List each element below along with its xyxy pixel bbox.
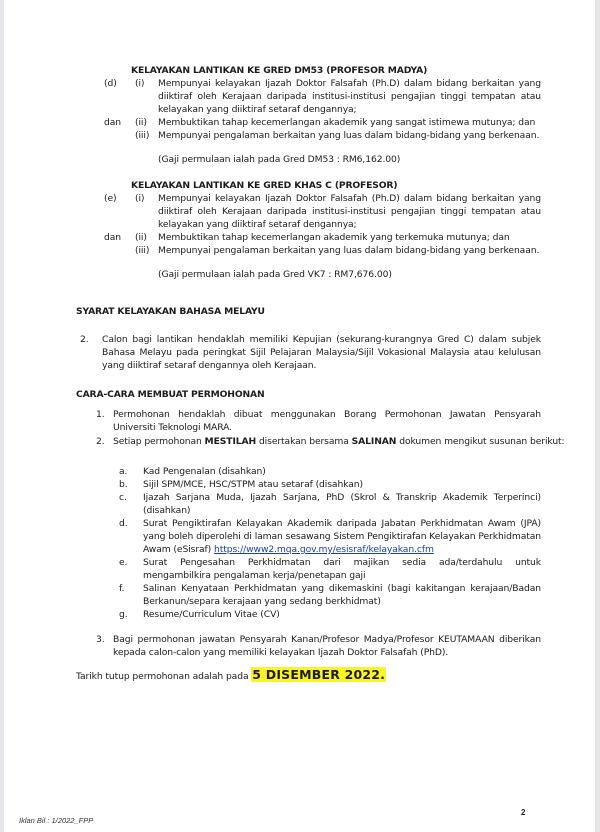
dm53-item-i: Mempunyai kelayakan Ijazah Doktor Falsaf…	[158, 77, 541, 116]
item-num: (i)	[135, 192, 144, 205]
heading-bahasa-melayu: SYARAT KELAYAKAN BAHASA MELAYU	[76, 306, 265, 317]
khas-c-item-iii: Mempunyai pengalaman berkaitan yang luas…	[158, 244, 539, 257]
connector-dan: dan	[104, 231, 121, 244]
heading-khas-c: KELAYAKAN LANTIKAN KE GRED KHAS C (PROFE…	[131, 180, 397, 191]
emphasis-salinan: SALINAN	[352, 436, 397, 447]
item-num: (i)	[135, 77, 144, 90]
emphasis-mestilah: MESTILAH	[205, 436, 257, 447]
cara-item-3-text: Bagi permohonan jawatan Pensyarah Kanan/…	[113, 633, 541, 659]
footer-reference: Iklan Bil : 1/2022_FPP	[19, 816, 93, 825]
khas-c-item-i: Mempunyai kelayakan Ijazah Doktor Falsaf…	[158, 192, 541, 231]
doc-item-c: Ijazah Sarjana Muda, Ijazah Sarjana, PhD…	[143, 491, 541, 517]
esisraf-link[interactable]: https://www2.mqa.gov.my/esisraf/kelayaka…	[214, 544, 434, 555]
doc-letter: f.	[119, 582, 124, 595]
heading-cara-permohonan: CARA-CARA MEMBUAT PERMOHONAN	[76, 389, 265, 400]
clause-letter-e: (e)	[104, 192, 117, 205]
document-page: KELAYAKAN LANTIKAN KE GRED DM53 (PROFESO…	[4, 0, 595, 832]
cara-item-2-text: Setiap permohonan MESTILAH disertakan be…	[113, 435, 565, 448]
khas-c-salary: (Gaji permulaan ialah pada Gred VK7 : RM…	[158, 268, 392, 281]
page-number: 2	[521, 808, 525, 817]
closing-date-highlight: 5 DISEMBER 2022.	[251, 667, 386, 682]
doc-letter: b.	[119, 478, 128, 491]
clause-letter-d: (d)	[104, 77, 117, 90]
closing-date-line: Tarikh tutup permohonan adalah pada 5 DI…	[76, 667, 386, 685]
doc-letter: e.	[119, 556, 127, 569]
connector-dan: dan	[104, 116, 121, 129]
khas-c-item-ii: Membuktikan tahap kecemerlangan akademik…	[158, 231, 510, 244]
item-num: (ii)	[135, 116, 147, 129]
doc-item-b: Sijil SPM/MCE, HSC/STPM atau setaraf (di…	[143, 478, 363, 491]
doc-item-a: Kad Pengenalan (disahkan)	[143, 465, 266, 478]
item-num: (iii)	[135, 129, 149, 142]
doc-item-g: Resume/Curriculum Vitae (CV)	[143, 608, 280, 621]
item-num: (iii)	[135, 244, 149, 257]
doc-letter: d.	[119, 517, 128, 530]
dm53-salary: (Gaji permulaan ialah pada Gred DM53 : R…	[158, 153, 400, 166]
cara-item-2-num: 2.	[96, 435, 105, 448]
doc-item-f: Salinan Kenyataan Perkhidmatan yang dike…	[143, 582, 541, 608]
cara-item-3-num: 3.	[96, 633, 105, 646]
doc-letter: c.	[119, 491, 127, 504]
cara-item-1-num: 1.	[96, 408, 105, 421]
heading-dm53: KELAYAKAN LANTIKAN KE GRED DM53 (PROFESO…	[131, 65, 427, 76]
dm53-item-iii: Mempunyai pengalaman berkaitan yang luas…	[158, 129, 539, 142]
bahasa-num: 2.	[80, 333, 89, 346]
doc-item-e: Surat Pengesahan Perkhidmatan dari majik…	[143, 556, 541, 582]
cara-item-1-text: Permohonan hendaklah dibuat menggunakan …	[113, 408, 541, 434]
doc-letter: a.	[119, 465, 127, 478]
dm53-item-ii: Membuktikan tahap kecemerlangan akademik…	[158, 116, 535, 129]
doc-letter: g.	[119, 608, 128, 621]
doc-item-d: Surat Pengiktirafan Kelayakan Akademik d…	[143, 517, 541, 556]
item-num: (ii)	[135, 231, 147, 244]
bahasa-text: Calon bagi lantikan hendaklah memiliki K…	[102, 333, 541, 372]
